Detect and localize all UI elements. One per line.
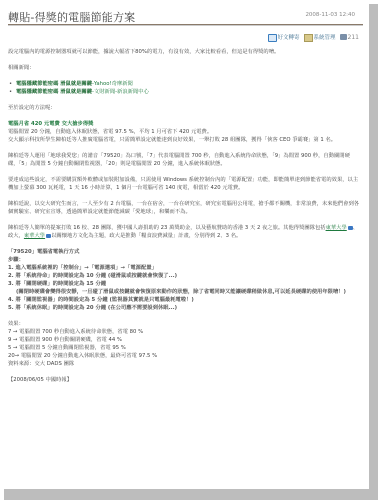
publication-note: 【2008/06/05 中國時報】: [8, 376, 360, 384]
effect-item: 5 → 電腦閒置 5 分鐘自動關閉監視器，省電 95 %: [8, 344, 360, 352]
post-title: 轉貼-得獎的電腦節能方案: [8, 9, 135, 25]
related-news-list: 電腦隱藏節能密碼 滑鼠就是關鍵-Yahoo!奇摩新聞 電腦隱藏節能密碼 滑鼠就是…: [8, 80, 360, 96]
paragraph-79520: 陳柏廷等人運用「地球我愛您」的諧音「79520」為口號，「7」代表電腦閒置 70…: [8, 152, 360, 168]
university-link[interactable]: 東華大學: [24, 233, 45, 239]
share-icon: [268, 34, 277, 42]
awards-text-c: 以關懷地方文化為主題，政大是推動「糧食浪費減量」計畫，分別得到 2、3 名。: [51, 233, 241, 239]
paragraph-awards: 陳柏廷等人簡單的提案打敗 16 校、28 團隊，獲中國人壽捐助的 23 萬獎助金…: [8, 224, 360, 240]
related-link-source: -文財新聞-新浪新聞中心: [92, 89, 149, 95]
steps-label: 步驟：: [8, 256, 360, 264]
effect-item: 9 → 電腦閒置 900 秒自動關閉硬碟，省電 44 %: [8, 336, 360, 344]
paragraph-quote: 陳柏廷說，以交大研究生而言，一人至少有 2 台電腦，一台在宿舍，一台在研究室，研…: [8, 200, 360, 216]
view-count: 211: [348, 34, 359, 41]
paragraph-windows: 要達成這些設定，不需要購買額外軟體或加裝附加設備，只需使用 Windows 系統…: [8, 176, 360, 192]
intro-text: 設完電腦內的電源控制器項就可以節能，據說大幅省下80%的電力，有沒有效，大家比較…: [8, 48, 360, 56]
page-shadow-bottom: [4, 489, 378, 500]
step-item: 5. 將「系統休眠」的時間設定為 20 分鐘 (在公司應不需要設到休眠...): [8, 304, 360, 312]
blog-post: 轉貼-得獎的電腦節能方案 2008-11-03 12:40 好文轉寄 系統管理 …: [0, 0, 369, 489]
effect-item: 7 → 電腦閒置 700 秒自動進入系統待命狀態，省電 80 %: [8, 328, 360, 336]
share-label: 好文轉寄: [278, 35, 300, 41]
category-link[interactable]: 系統管理: [304, 33, 336, 42]
effects-label: 效果：: [8, 320, 360, 328]
steps-title: 「79520」電腦省電執行方式: [8, 248, 360, 256]
view-counter: 211: [340, 34, 359, 41]
related-link-bold: 電腦隱藏節能密碼 滑鼠就是關鍵: [16, 81, 92, 87]
news-title: 電腦月省 420 元電費 交大搶步得獎: [8, 120, 360, 128]
news-paragraph-1: 電腦閒置 20 分鐘，自動進入休眠狀態，省電 97.5 %，平均 1 月可省下 …: [8, 128, 360, 136]
step-item: 3. 將「關閉硬碟」的時間設定為 15 分鐘: [8, 280, 360, 288]
source-credit: 資料來源：交大 DADS 團隊: [8, 360, 360, 368]
step-note: (關閉時硬碟會變得很安靜，一旦碰了滑鼠或按鍵就會恢復原來動作的狀態，除了省電同時…: [8, 288, 360, 296]
post-toolbar: 好文轉寄 系統管理 211: [268, 33, 359, 42]
folder-icon: [304, 34, 313, 42]
step-item: 4. 將「關閉監視器」的時間設定為 5 分鐘 (監視器其實就是只電腦最耗電啦！): [8, 296, 360, 304]
step-item: 1. 進入電腦系統裡的「控制台」→「電源選項」→「電源配置」: [8, 264, 360, 272]
related-news-link[interactable]: 電腦隱藏節能密碼 滑鼠就是關鍵-Yahoo!奇摩新聞: [16, 80, 360, 88]
title-divider: [8, 24, 363, 26]
related-link-source: -Yahoo!奇摩新聞: [92, 81, 133, 87]
awards-text-a: 陳柏廷等人簡單的提案打敗 16 校、28 團隊，獲中國人壽捐助的 23 萬獎助金…: [8, 225, 326, 231]
effect-item: 20→ 電腦閒置 20 分鐘自動進入休眠狀態，最終可省電 97.5 %: [8, 352, 360, 360]
post-datetime: 2008-11-03 12:40: [305, 12, 355, 18]
university-link[interactable]: 東華大學: [326, 225, 347, 231]
page-shadow-right: [369, 4, 378, 500]
step-item: 2. 將「系統待命」的時間設定為 10 分鐘 (碰滑鼠或按鍵就會恢復了...): [8, 272, 360, 280]
category-label: 系統管理: [314, 35, 336, 41]
method-heading: 至於設定的方法呢：: [8, 104, 360, 112]
share-button[interactable]: 好文轉寄: [268, 33, 300, 42]
post-body: 設完電腦內的電源控制器項就可以節能，據說大幅省下80%的電力，有沒有效，大家比較…: [8, 48, 360, 384]
related-link-bold: 電腦隱藏節能密碼 滑鼠就是關鍵: [16, 89, 92, 95]
news-paragraph-2: 交大顯示科技所學生陳柏廷等人推廣電腦省電，只需簡單設定就能達到良好效果，一舉打敗…: [8, 136, 360, 144]
related-news-link[interactable]: 電腦隱藏節能密碼 滑鼠就是關鍵-文財新聞-新浪新聞中心: [16, 88, 360, 96]
steps-section: 「79520」電腦省電執行方式 步驟： 1. 進入電腦系統裡的「控制台」→「電源…: [8, 248, 360, 312]
related-heading: 相關新聞：: [8, 64, 360, 72]
views-icon: [340, 34, 347, 40]
